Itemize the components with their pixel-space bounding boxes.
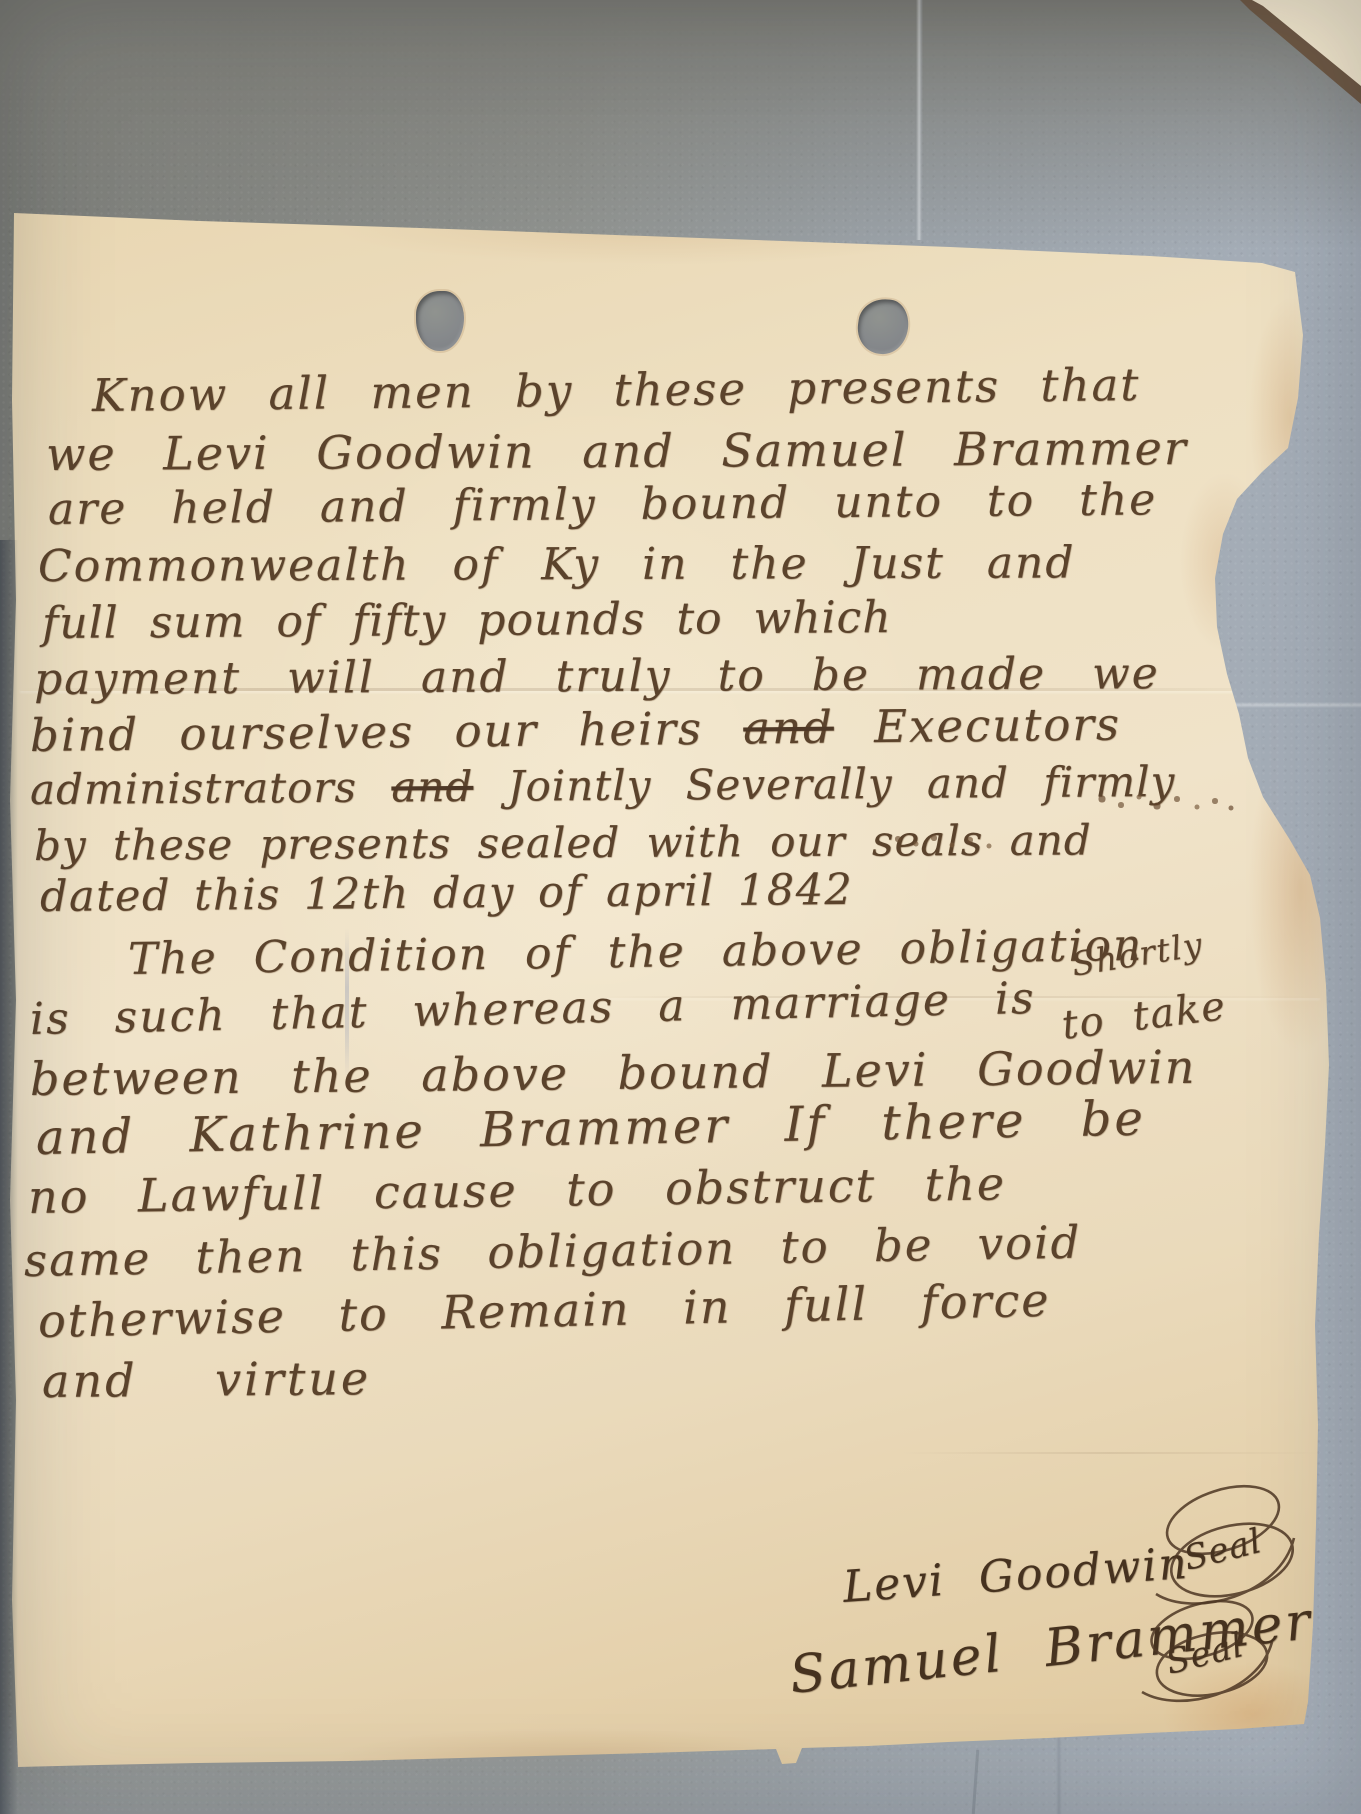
strikethrough-word: and <box>391 762 473 812</box>
document-line: payment will and truly to be made we <box>34 652 1160 702</box>
document-line: otherwise to Remain in full force <box>38 1277 1051 1344</box>
surface-shading-top <box>0 0 1361 250</box>
surface-seam <box>916 0 923 240</box>
strikethrough-word: and <box>743 701 834 755</box>
document-line: is such that whereas a marriage is <box>30 977 1036 1042</box>
document-line: Know all men by these presents that <box>92 362 1141 418</box>
fold-crease <box>900 1452 1320 1454</box>
document-line: by these presents sealed with our seals … <box>34 819 1092 867</box>
surface-seam <box>1232 702 1361 708</box>
document-line: we Levi Goodwin and Samuel Brammer <box>46 425 1188 477</box>
ink-smudge <box>1096 792 1098 794</box>
line-text: administrators <box>30 762 392 814</box>
document-line: full sum of fifty pounds to which <box>42 596 892 646</box>
document-line: administrators and Jointly Severally and… <box>30 761 1176 811</box>
surface-edge-shadow <box>0 540 18 1814</box>
document-line: and Kathrine Brammer If there be <box>36 1095 1147 1162</box>
document-line: are held and firmly bound unto to the <box>48 478 1158 532</box>
document-paper: Know all men by these presents that we L… <box>0 0 1361 1814</box>
document-line: and virtue <box>42 1355 372 1404</box>
document-line: same then this obligation to be void <box>24 1220 1082 1283</box>
line-text: Executors <box>834 698 1122 754</box>
line-text: Jointly Severally and firmly <box>473 757 1175 811</box>
document-line: Commonwealth of Ky in the Just and <box>38 541 1076 589</box>
document-line-tail: to take <box>1060 986 1229 1046</box>
surface-seam <box>1056 1731 1062 1814</box>
line-text: bind ourselves our heirs <box>30 702 744 762</box>
document-line: dated this 12th day of april 1842 <box>40 869 854 919</box>
seal-flourish: Seal <box>1120 1592 1290 1712</box>
document-line: bind ourselves our heirs and Executors <box>30 702 1121 758</box>
ink-smudge <box>893 834 895 836</box>
document-line: no Lawfull cause to obstruct the <box>28 1160 1007 1220</box>
photo-of-document: Know all men by these presents that we L… <box>0 0 1361 1814</box>
